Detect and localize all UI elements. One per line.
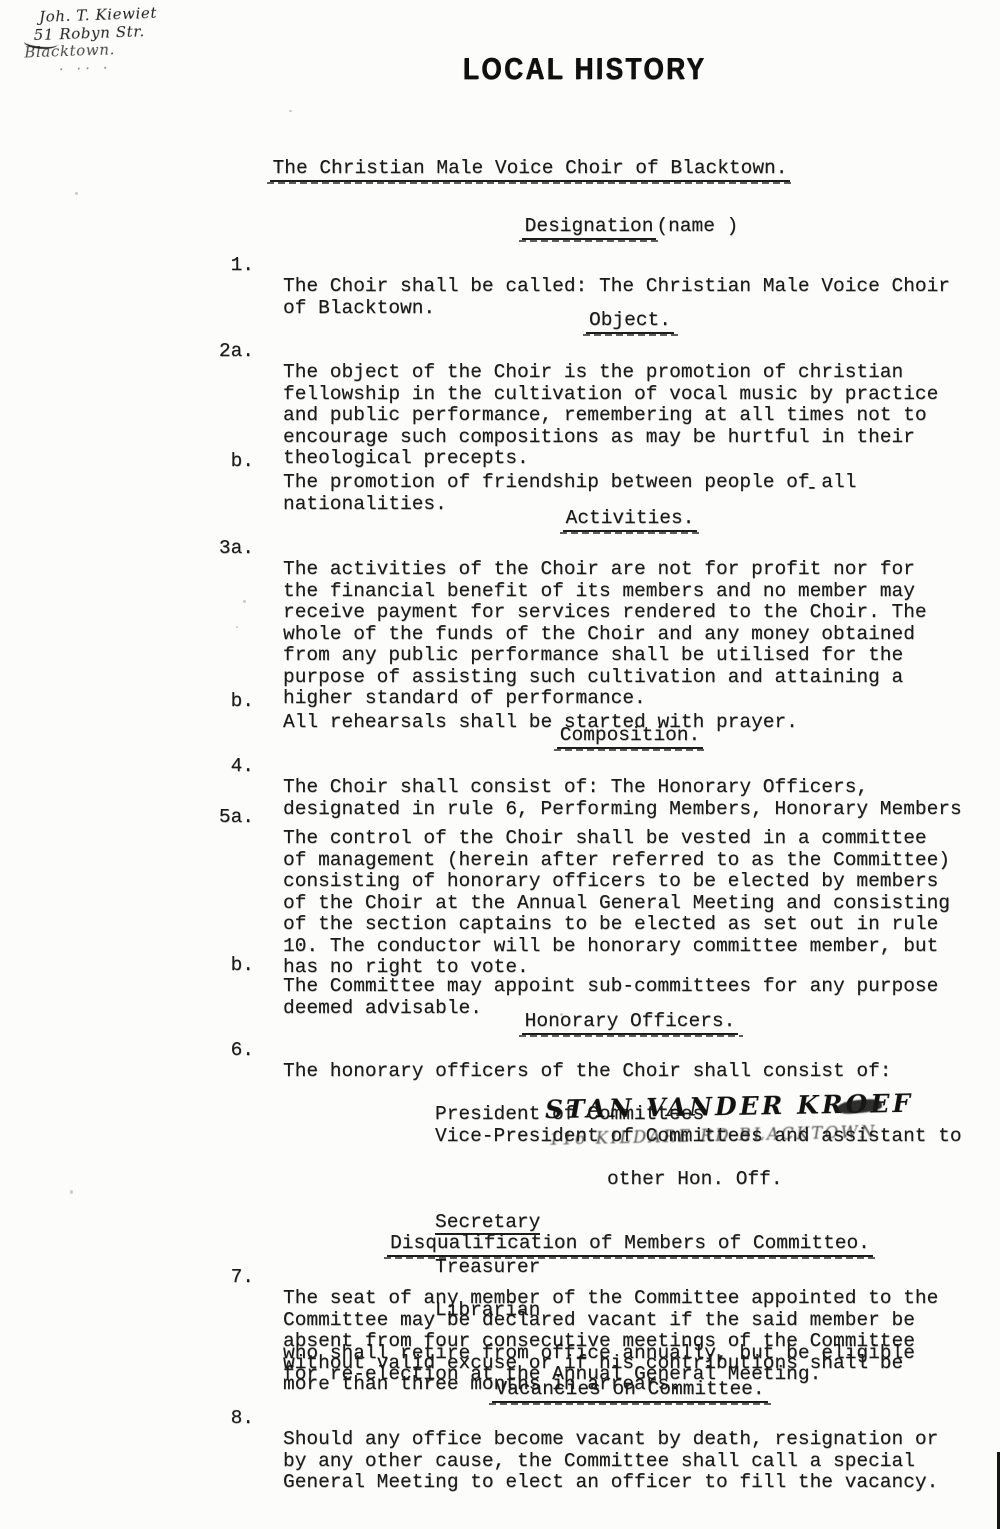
- clause-8: 8. Should any office become vacant by de…: [283, 1386, 983, 1515]
- scan-speck: [70, 1190, 73, 1194]
- clause-number: b.: [231, 451, 254, 473]
- scan-speck: [243, 600, 246, 603]
- clause-number: 3a.: [219, 538, 254, 560]
- scanned-document-page: Joh. T. Kiewiet 51 Robyn Str. Blacktown.…: [0, 0, 1000, 1529]
- handwritten-owner-note: Joh. T. Kiewiet 51 Robyn Str. Blacktown.…: [23, 3, 225, 80]
- document-title: The Christian Male Voice Choir of Blackt…: [270, 158, 791, 183]
- clause-number: b.: [231, 691, 254, 713]
- scan-speck: [560, 1013, 563, 1016]
- stray-ink-dash: -: [806, 478, 818, 500]
- clause-number: 2a.: [219, 341, 254, 363]
- clause-number: 6.: [231, 1040, 254, 1062]
- clause-number: 8.: [231, 1408, 254, 1430]
- document-title-row: The Christian Male Voice Choir of Blackt…: [0, 136, 1000, 182]
- clause-text-intro: The honorary officers of the Choir shall…: [283, 1061, 983, 1083]
- scan-speck: [75, 192, 78, 195]
- clause-number: 5a.: [219, 807, 254, 829]
- clause-number: b.: [231, 955, 254, 977]
- clause-number: 1.: [231, 255, 254, 277]
- scan-speck: [236, 626, 238, 628]
- clause-number: 7.: [231, 1267, 254, 1289]
- officer-other: other Hon. Off.: [283, 1169, 983, 1191]
- scan-speck: [289, 110, 292, 112]
- page-title-stamp: LOCAL HISTORY: [463, 51, 707, 87]
- clause-number: 4.: [231, 756, 254, 778]
- clause-text: Should any office become vacant by death…: [283, 1429, 983, 1494]
- handwritten-scribble: · ·· ·: [59, 55, 226, 78]
